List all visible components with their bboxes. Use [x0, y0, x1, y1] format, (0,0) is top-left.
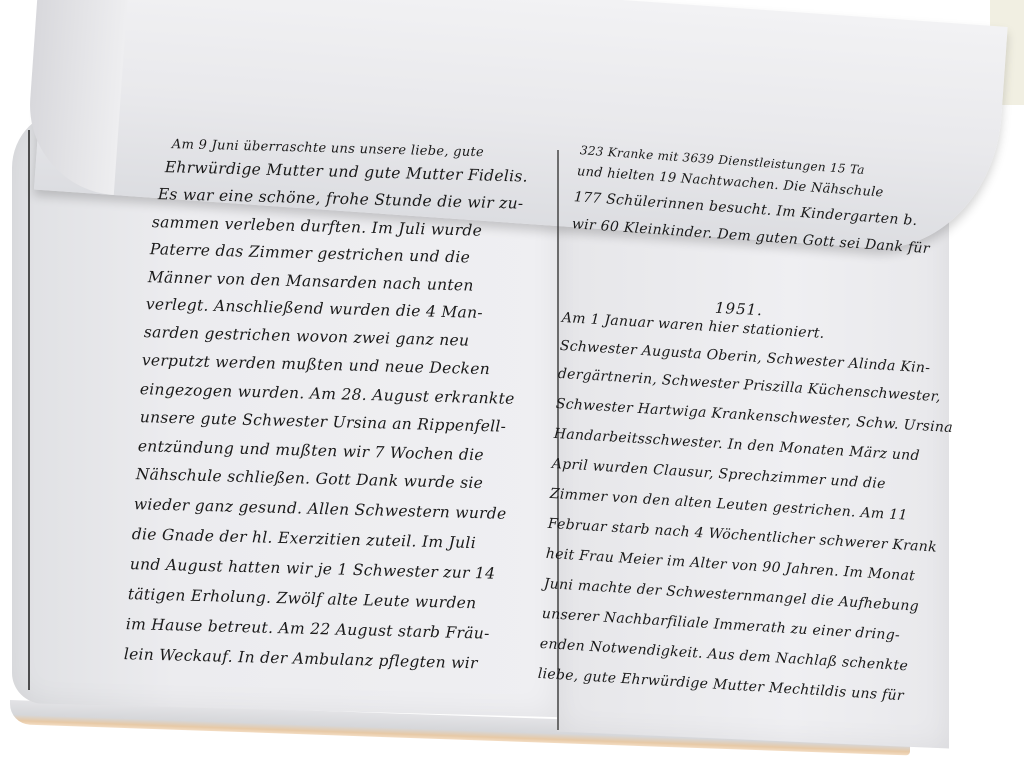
year-heading: 1951.: [715, 299, 764, 319]
book-photo: Am 9 Juni überraschte uns unsere liebe, …: [0, 0, 1024, 773]
left-margin-rule: [28, 130, 30, 690]
